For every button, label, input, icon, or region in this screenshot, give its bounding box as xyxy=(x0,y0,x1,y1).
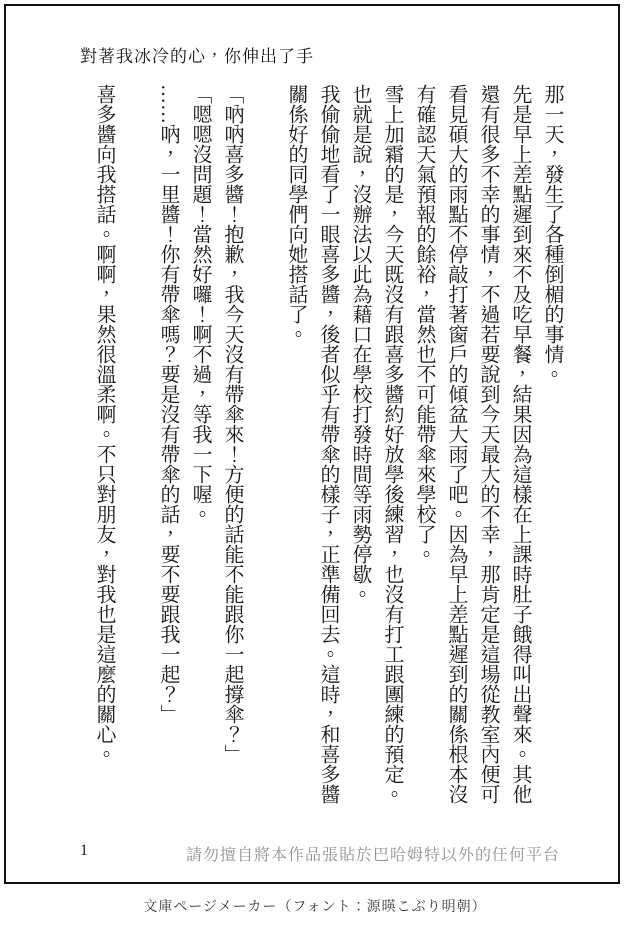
text-line: 那一天，發生了各種倒楣的事情。 xyxy=(536,84,568,812)
text-line: ……吶，一里醬！你有帶傘嗎？要是沒有帶傘的話，要不要跟我一起？」 xyxy=(152,84,184,812)
text-line: 「嗯嗯沒問題！當然好囉！啊不過，等我一下喔。 xyxy=(184,84,216,812)
text-line: 雪上加霜的是，今天既沒有跟喜多醬約好放學後練習，也沒有打工跟團練的預定。也就是說… xyxy=(344,84,408,812)
text-line xyxy=(248,84,280,812)
text-line: 喜多醬向我搭話。啊啊，果然很溫柔啊。不只對朋友，對我也是這麼的關心。 xyxy=(88,84,120,812)
page-number: 1 xyxy=(80,842,88,860)
text-line: 先是早上差點遲到來不及吃早餐，結果因為這樣在上課時肚子餓得叫出聲來。其他還有很多… xyxy=(408,84,536,812)
repost-notice: 請勿擅自將本作品張貼於巴哈姆特以外的任何平台 xyxy=(186,842,560,865)
text-line xyxy=(120,84,152,812)
body-text: 那一天，發生了各種倒楣的事情。先是早上差點遲到來不及吃早餐，結果因為這樣在上課時… xyxy=(60,84,568,812)
generator-caption: 文庫ページメーカー（フォント：源暎こぶり明朝） xyxy=(0,896,630,916)
book-page-screenshot: 對著我冰冷的心，你伸出了手 那一天，發生了各種倒楣的事情。先是早上差點遲到來不及… xyxy=(0,0,630,928)
text-line: 「吶吶喜多醬！抱歉，我今天沒有帶傘來！方便的話能不能跟你一起撐傘？」 xyxy=(216,84,248,812)
text-line: 我偷偷地看了一眼喜多醬，後者似乎有帶傘的樣子，正準備回去。這時，和喜多醬關係好的… xyxy=(280,84,344,812)
running-head-title: 對著我冰冷的心，你伸出了手 xyxy=(80,42,314,67)
